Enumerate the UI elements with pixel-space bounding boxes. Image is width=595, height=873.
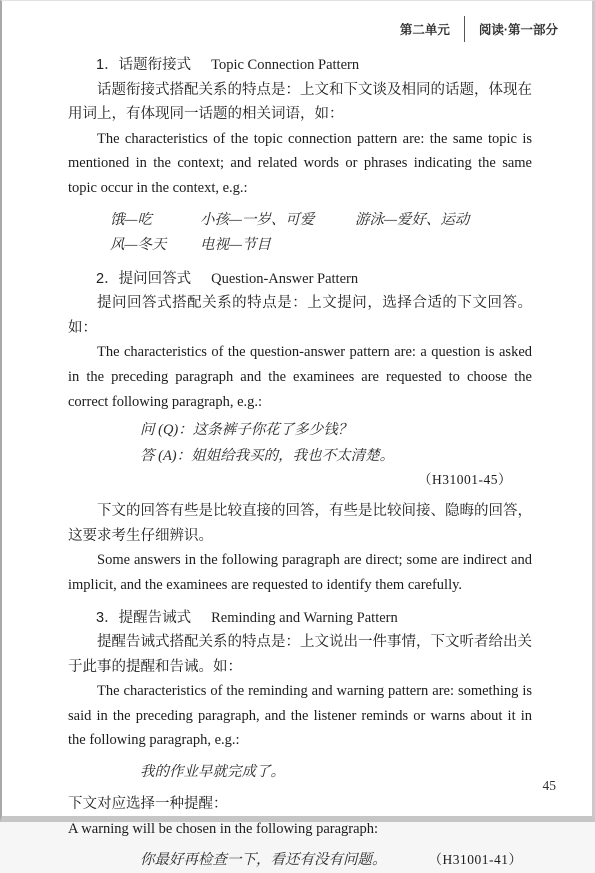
section-3-paragraph-zh: 提醒告诫式搭配关系的特点是：上文说出一件事情，下文听者给出关于此事的提醒和告诫。… — [68, 630, 532, 679]
section-2-title-en: Question-Answer Pattern — [211, 271, 358, 287]
warning-example: 你最好再检查一下，看还有没有问题。 — [140, 848, 387, 873]
example-row-1: 饿—吃 小孩—一岁、可爱 游泳—爱好、运动 — [68, 208, 532, 233]
example-pair: 风—冬天 — [110, 233, 200, 258]
example-pair: 游泳—爱好、运动 — [355, 208, 469, 233]
section-1-title-zh: 1．话题衔接式 — [96, 57, 191, 73]
example-pair: 小孩—一岁、可爱 — [200, 208, 355, 233]
example-pair: 饿—吃 — [110, 208, 200, 233]
running-header: 第二单元 阅读·第一部分 — [400, 15, 558, 43]
section-2-paragraph-zh: 提问回答式搭配关系的特点是：上文提问，选择合适的下文回答。如： — [68, 291, 532, 340]
page-content: 1．话题衔接式 Topic Connection Pattern 话题衔接式搭配… — [68, 53, 532, 873]
item-reference: （H31001-41） — [429, 847, 523, 872]
section-3-heading: 3．提醒告诫式 Reminding and Warning Pattern — [68, 606, 532, 631]
section-1-paragraph-en: The characteristics of the topic connect… — [68, 127, 532, 201]
warning-example-row: 你最好再检查一下，看还有没有问题。 （H31001-41） — [68, 847, 532, 873]
section-2-note-en: Some answers in the following paragraph … — [68, 548, 532, 597]
section-3-title-zh: 3．提醒告诫式 — [96, 610, 191, 626]
example-pair: 电视—节目 — [200, 233, 355, 258]
question-answer-example: 问 (Q)：这条裤子你花了多少钱？ 答 (A)：姐姐给我买的，我也不太清楚。 — [68, 417, 532, 469]
section-2-note-zh: 下文的回答有些是比较直接的回答，有些是比较间接、隐晦的回答，这要求考生仔细辨识。 — [68, 499, 532, 548]
follow-up-label-zh: 下文对应选择一种提醒： — [68, 792, 532, 817]
section-1-heading: 1．话题衔接式 Topic Connection Pattern — [68, 53, 532, 78]
section-2-paragraph-en: The characteristics of the question-answ… — [68, 340, 532, 414]
header-unit-label: 第二单元 — [400, 20, 450, 38]
item-reference: （H31001-45） — [68, 469, 532, 491]
section-3-title-en: Reminding and Warning Pattern — [211, 610, 398, 626]
section-1-title-en: Topic Connection Pattern — [211, 57, 359, 73]
section-3-paragraph-en: The characteristics of the reminding and… — [68, 679, 532, 753]
section-1-example-block: 饿—吃 小孩—一岁、可爱 游泳—爱好、运动 风—冬天 电视—节目 — [68, 208, 532, 258]
follow-up-label-en: A warning will be chosen in the followin… — [68, 817, 532, 842]
page-number: 45 — [543, 778, 557, 794]
header-section-label: 阅读·第一部分 — [479, 20, 558, 38]
section-2-heading: 2．提问回答式 Question-Answer Pattern — [68, 267, 532, 292]
example-row-2: 风—冬天 电视—节目 — [68, 233, 532, 258]
answer-line: 答 (A)：姐姐给我买的，我也不太清楚。 — [140, 443, 532, 469]
header-divider — [464, 16, 465, 42]
book-page: 第二单元 阅读·第一部分 1．话题衔接式 Topic Connection Pa… — [0, 0, 595, 822]
question-line: 问 (Q)：这条裤子你花了多少钱？ — [140, 417, 532, 443]
section-1-paragraph-zh: 话题衔接式搭配关系的特点是：上文和下文谈及相同的话题，体现在用词上，有体现同一话… — [68, 78, 532, 127]
section-2-title-zh: 2．提问回答式 — [96, 271, 191, 287]
statement-example: 我的作业早就完成了。 — [68, 760, 532, 785]
